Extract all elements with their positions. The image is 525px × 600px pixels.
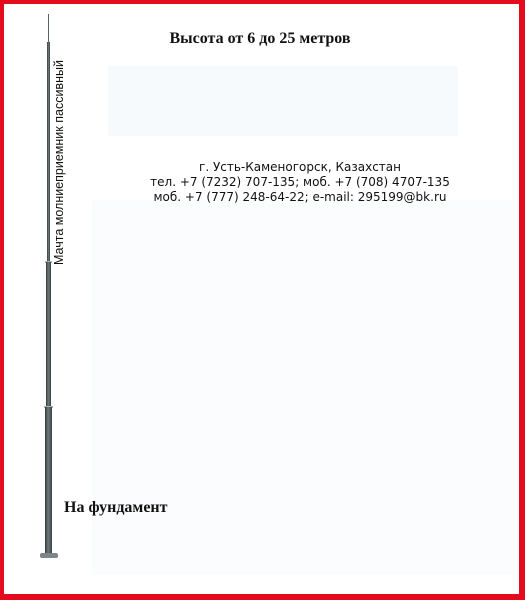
- page-title: Высота от 6 до 25 метров: [140, 30, 380, 48]
- contact-mobile-email: моб. +7 (777) 248-64-22; e-mail: 295199@…: [130, 190, 470, 205]
- mast-base-flange: [40, 553, 58, 558]
- mast-section-middle: [46, 262, 51, 407]
- mast-section-top: [47, 42, 50, 262]
- faded-background-block: [92, 200, 512, 575]
- mast-section-bottom: [45, 407, 52, 555]
- mount-type-label: На фундамент: [64, 499, 168, 517]
- contact-phones: тел. +7 (7232) 707-135; моб. +7 (708) 47…: [130, 175, 470, 190]
- contact-info: г. Усть-Каменогорск, Казахстан тел. +7 (…: [130, 160, 470, 205]
- mast-tip: [48, 14, 49, 44]
- contact-city: г. Усть-Каменогорск, Казахстан: [130, 160, 470, 175]
- faded-background-block: [108, 66, 458, 136]
- product-label-vertical: Мачта молниеприемник пассивный: [52, 60, 66, 265]
